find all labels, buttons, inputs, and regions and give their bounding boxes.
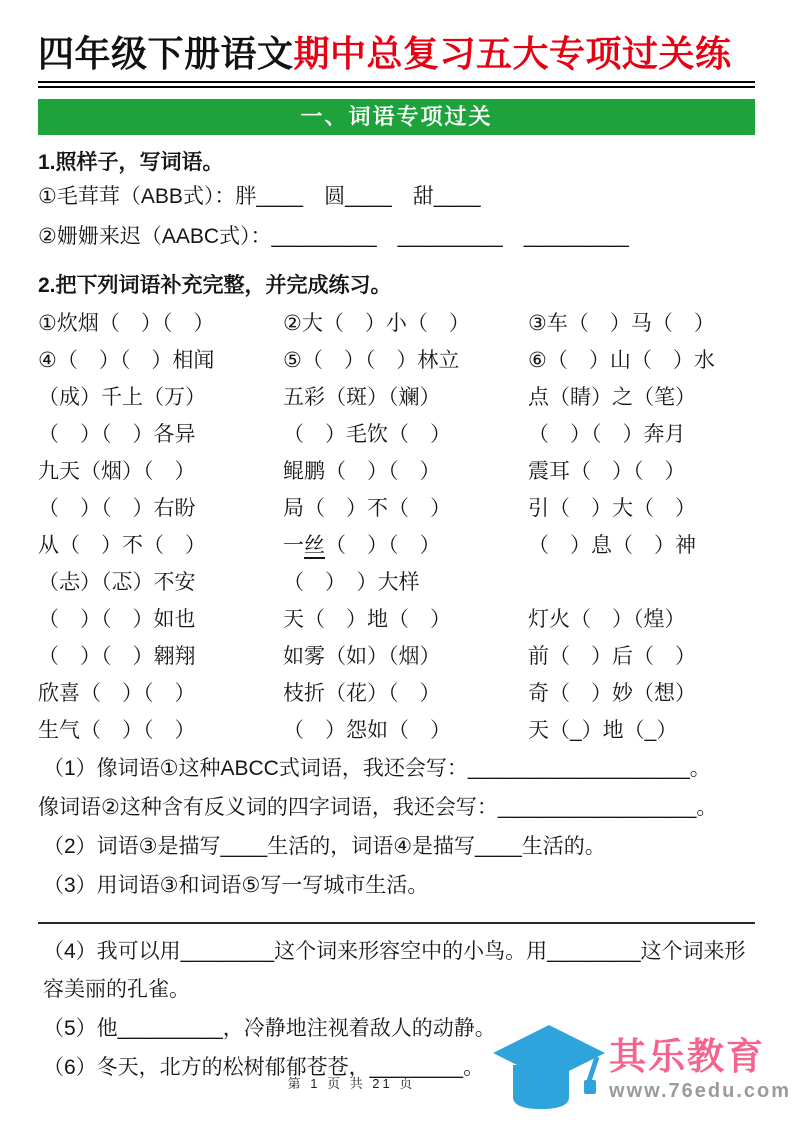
word-item: （ ）息（ ）神 — [528, 527, 755, 564]
word-item: 奇（ ）妙（想） — [528, 675, 755, 712]
word-completion-grid: ①炊烟（ ）（ ） ②大（ ）小（ ） ③车（ ）马（ ） ④（ ）（ ）相闻 … — [38, 305, 755, 749]
silk-pre: 一 — [283, 534, 304, 557]
section-banner: 一、词语专项过关 — [38, 99, 755, 135]
word-grid-row: （ ）（ ）右盼 局（ ）不（ ） 引（ ）大（ ） — [38, 490, 755, 527]
word-item: 鲲鹏（ ）（ ） — [283, 453, 528, 490]
word-item: （忐）（忑）不安 — [38, 564, 283, 601]
page-title-grade: 四年级下册语文 — [38, 33, 294, 74]
exercise1-heading: 1.照样子，写词语。 — [38, 148, 755, 178]
word-item: 九天（烟）（ ） — [38, 453, 283, 490]
word-item: 如雾（如）（烟） — [283, 638, 528, 675]
word-item: （ ）（ ）右盼 — [38, 490, 283, 527]
word-item: 点（睛）之（笔） — [528, 379, 755, 416]
exercise1-item1: ①毛茸茸（ABB式）：胖____ 圆____ 甜____ — [38, 178, 755, 216]
word-item: 天（ ）地（ ） — [283, 601, 528, 638]
word-item: 五彩（斑）（斓） — [283, 379, 528, 416]
word-item: 局（ ）不（ ） — [283, 490, 528, 527]
question-4: （4）我可以用________这个词来形容空中的小鸟。用________这个词来… — [38, 933, 755, 1009]
word-grid-row: ①炊烟（ ）（ ） ②大（ ）小（ ） ③车（ ）马（ ） — [38, 305, 755, 342]
word-item: ③车（ ）马（ ） — [528, 305, 755, 342]
graduation-cap-icon — [493, 1023, 605, 1114]
brand-logo: 其乐教育 www.76edu.com — [493, 1023, 791, 1114]
question-3: （3）用词语③和词语⑤写一写城市生活。 — [38, 866, 755, 905]
title-double-rule — [38, 81, 755, 88]
exercise2-heading: 2.把下列词语补充完整，并完成练习。 — [38, 271, 755, 301]
word-item: （ ） ）大样 — [283, 564, 528, 601]
word-item: ②大（ ）小（ ） — [283, 305, 528, 342]
word-item: （ ）（ ）翱翔 — [38, 638, 283, 675]
silk-post: （ ）（ ） — [325, 534, 441, 557]
word-item: （ ）（ ）如也 — [38, 601, 283, 638]
word-item: 前（ ）后（ ） — [528, 638, 755, 675]
word-grid-row: （忐）（忑）不安 （ ） ）大样 — [38, 564, 755, 601]
word-item: 枝折（花）（ ） — [283, 675, 528, 712]
question-1a: （1）像词语①这种ABCC式词语，我还会写：__________________… — [38, 749, 755, 788]
word-grid-row: 从（ ）不（ ） 一丝（ ）（ ） （ ）息（ ）神 — [38, 527, 755, 564]
word-grid-row: 欣喜（ ）（ ） 枝折（花）（ ） 奇（ ）妙（想） — [38, 675, 755, 712]
question-1b: 像词语②这种含有反义词的四字词语，我还会写：_________________。 — [38, 788, 755, 827]
word-grid-row: （ ）（ ）各异 （ ）毛饮（ ） （ ）（ ）奔月 — [38, 416, 755, 453]
brand-name: 其乐教育 — [609, 1035, 791, 1079]
word-item: 天（_）地（_） — [528, 712, 755, 749]
word-item: （ ）（ ）奔月 — [528, 416, 755, 453]
page-title-topic: 期中总复习五大专项过关练 — [294, 33, 732, 74]
word-grid-row: （ ）（ ）如也 天（ ）地（ ） 灯火（ ）（煌） — [38, 601, 755, 638]
brand-url: www.76edu.com — [609, 1079, 791, 1103]
word-grid-row: （ ）（ ）翱翔 如雾（如）（烟） 前（ ）后（ ） — [38, 638, 755, 675]
silk-underlined: 丝 — [304, 534, 325, 559]
word-item: 从（ ）不（ ） — [38, 527, 283, 564]
word-item: 生气（ ）（ ） — [38, 712, 283, 749]
page-title: 四年级下册语文期中总复习五大专项过关练 — [38, 0, 755, 76]
word-item: ①炊烟（ ）（ ） — [38, 305, 283, 342]
word-item: （ ）毛饮（ ） — [283, 416, 528, 453]
word-item: （ ）怨如（ ） — [283, 712, 528, 749]
word-grid-row: （成）千上（万） 五彩（斑）（斓） 点（睛）之（笔） — [38, 379, 755, 416]
word-grid-row: ④（ ）（ ）相闻 ⑤（ ）（ ）林立 ⑥（ ）山（ ）水 — [38, 342, 755, 379]
word-item: ⑥（ ）山（ ）水 — [528, 342, 755, 379]
answer-line — [38, 922, 755, 924]
brand-text: 其乐教育 www.76edu.com — [609, 1035, 791, 1103]
word-item: ④（ ）（ ）相闻 — [38, 342, 283, 379]
word-item: （成）千上（万） — [38, 379, 283, 416]
exercise1-item2: ②姗姗来迟（AABC式）：_________ _________ _______… — [38, 216, 755, 258]
word-item: ⑤（ ）（ ）林立 — [283, 342, 528, 379]
word-grid-row: 生气（ ）（ ） （ ）怨如（ ） 天（_）地（_） — [38, 712, 755, 749]
word-item: （ ）（ ）各异 — [38, 416, 283, 453]
word-item — [528, 564, 755, 601]
word-item-silk: 一丝（ ）（ ） — [283, 527, 528, 564]
worksheet-page: 四年级下册语文期中总复习五大专项过关练 一、词语专项过关 1.照样子，写词语。 … — [0, 0, 793, 1122]
word-item: 引（ ）大（ ） — [528, 490, 755, 527]
word-item: 欣喜（ ）（ ） — [38, 675, 283, 712]
question-2: （2）词语③是描写____生活的，词语④是描写____生活的。 — [38, 827, 755, 866]
word-item: 震耳（ ）（ ） — [528, 453, 755, 490]
word-grid-row: 九天（烟）（ ） 鲲鹏（ ）（ ） 震耳（ ）（ ） — [38, 453, 755, 490]
word-item: 灯火（ ）（煌） — [528, 601, 755, 638]
